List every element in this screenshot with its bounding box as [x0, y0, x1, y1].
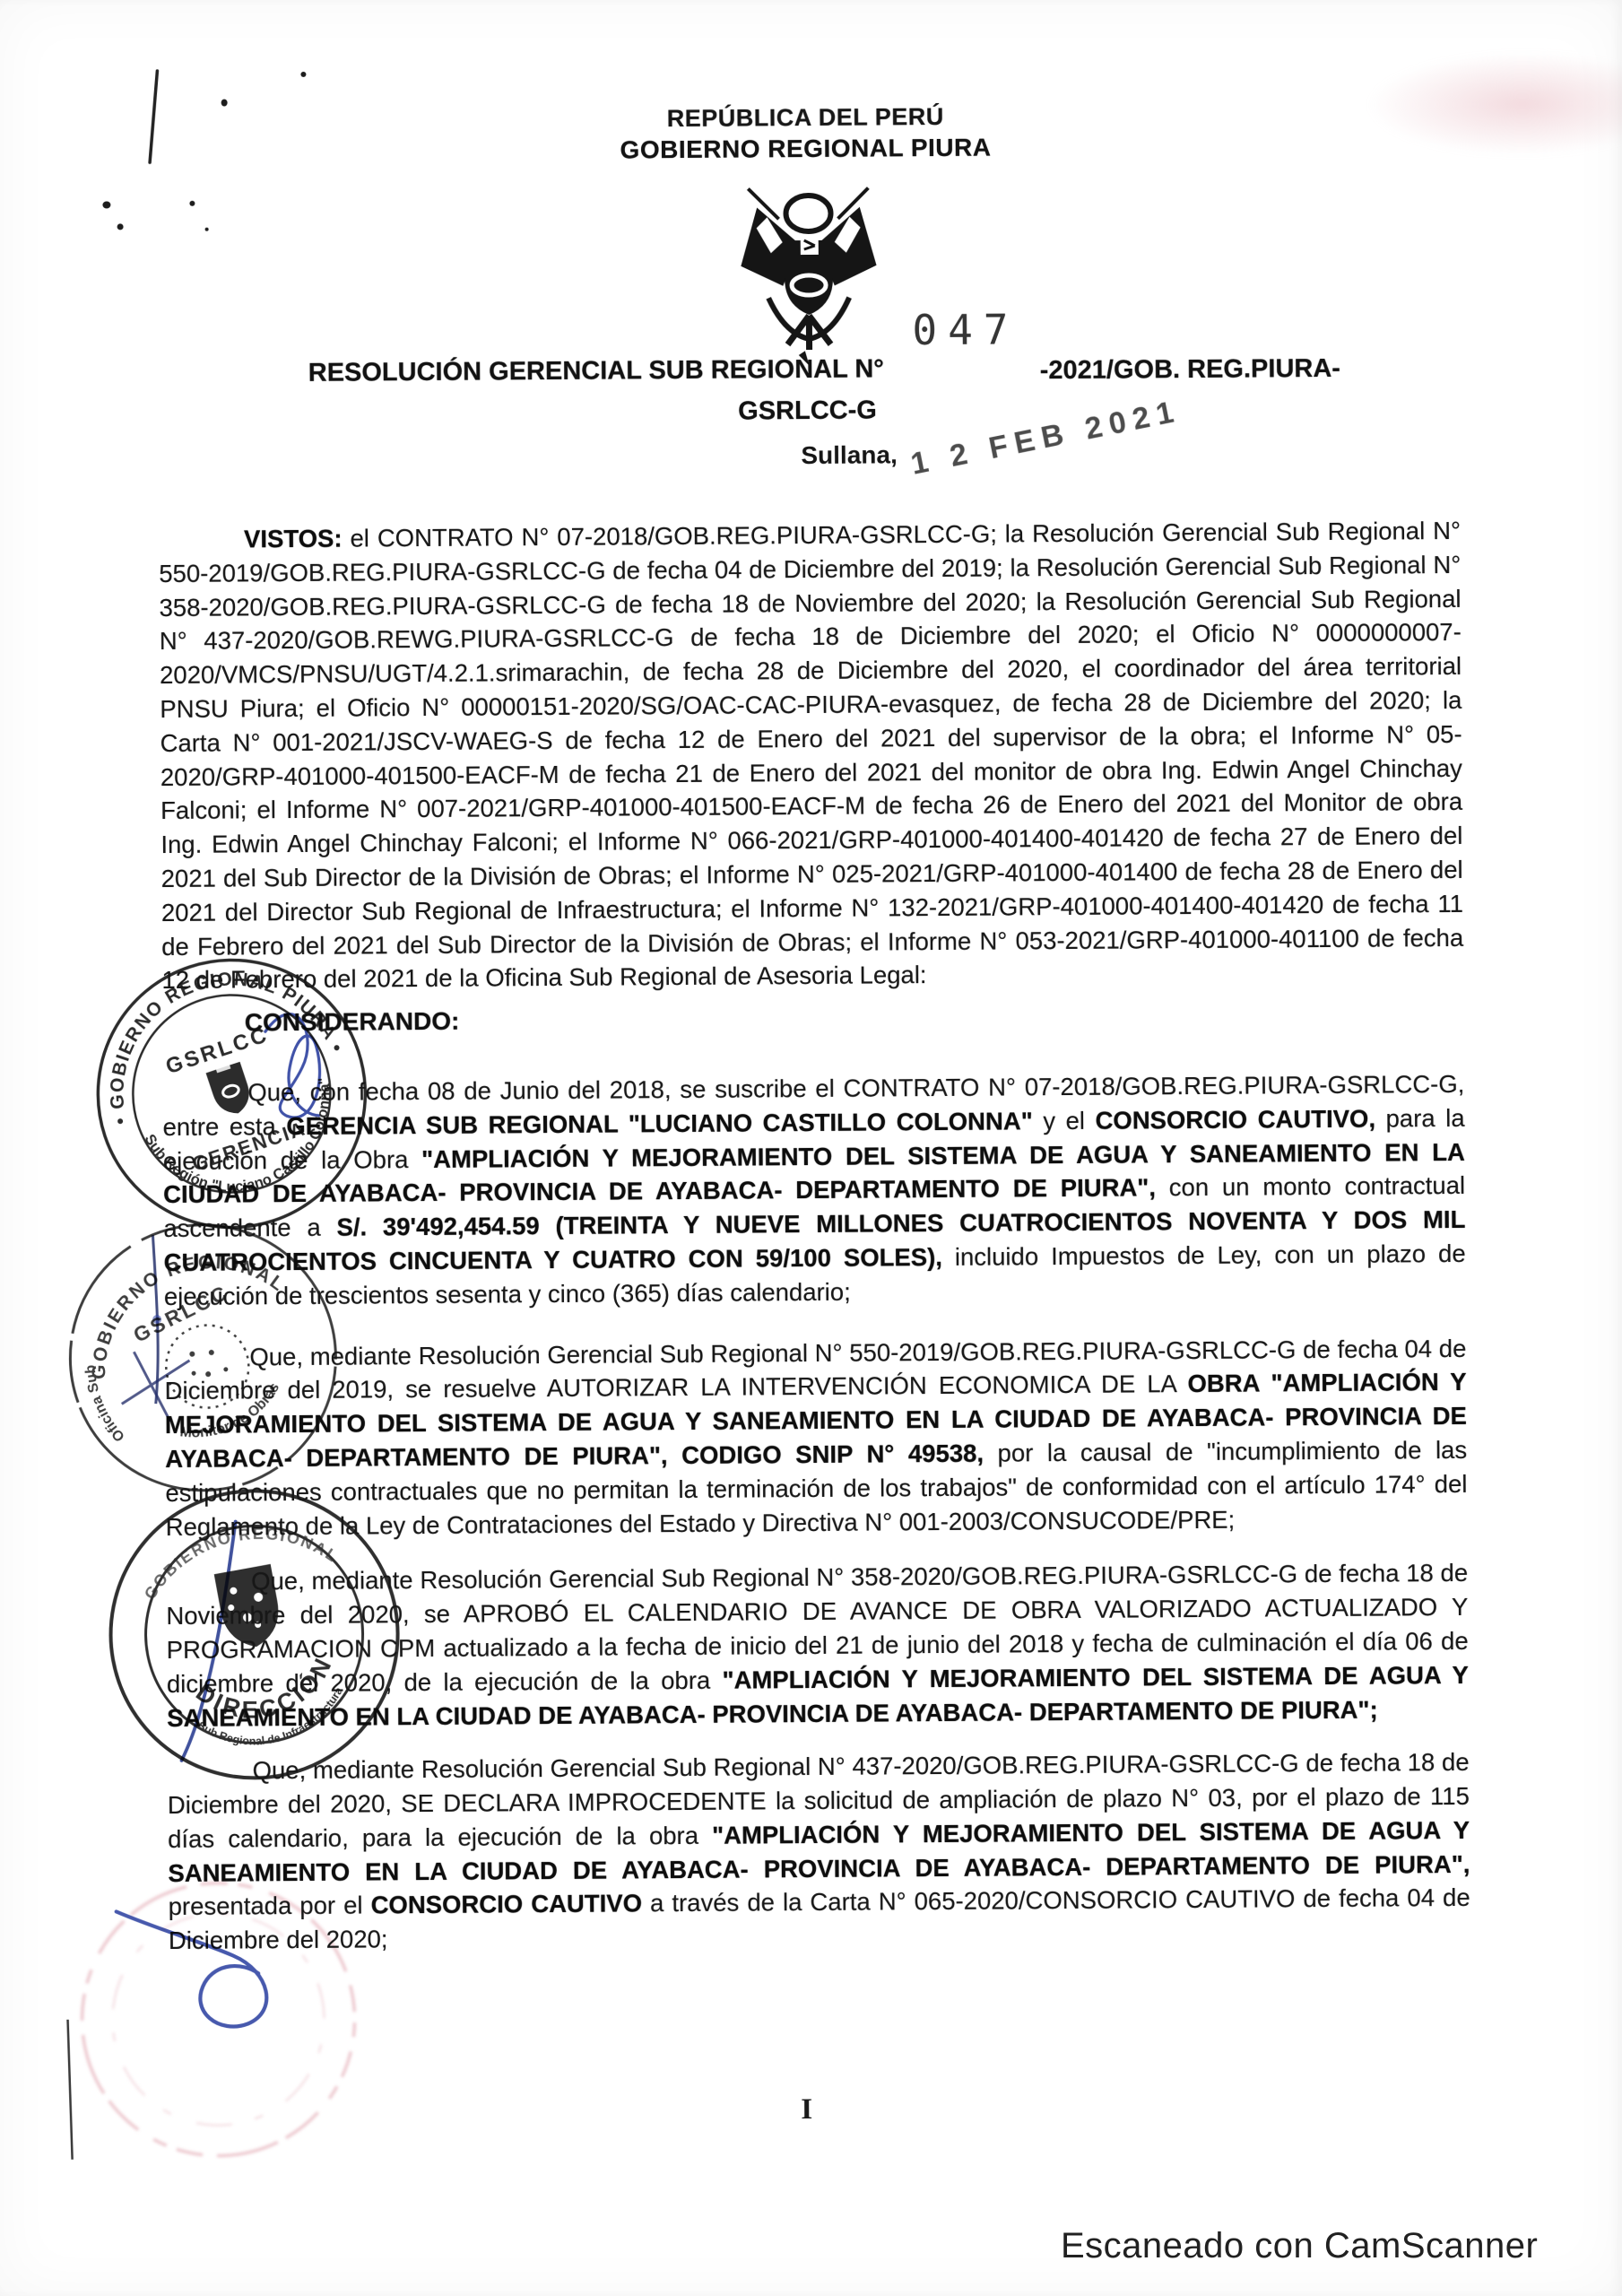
- vistos-paragraph: VISTOS: el CONTRATO N° 07-2018/GOB.REG.P…: [159, 514, 1464, 997]
- resolution-number-stamp: 047: [912, 305, 1019, 354]
- resolution-title-left: RESOLUCIÓN GERENCIAL SUB REGIONAL N°: [308, 354, 884, 387]
- scanned-content: REPÚBLICA DEL PERÚ GOBIERNO REGIONAL PIU…: [0, 0, 1622, 2296]
- paragraph-improcedente: Que, mediante Resolución Gerencial Sub R…: [167, 1745, 1470, 1958]
- peru-coat-of-arms-image: [732, 178, 886, 377]
- ink-dot: [221, 100, 228, 107]
- ink-dot: [102, 201, 110, 208]
- document-page: REPÚBLICA DEL PERÚ GOBIERNO REGIONAL PIU…: [0, 0, 1622, 2296]
- ink-dot: [117, 223, 124, 230]
- paragraph-intervencion: Que, mediante Resolución Gerencial Sub R…: [164, 1331, 1468, 1544]
- page-number: I: [801, 2093, 812, 2126]
- document-body: VISTOS: el CONTRATO N° 07-2018/GOB.REG.P…: [159, 514, 1470, 1958]
- ink-dot: [300, 72, 306, 77]
- resolution-title-line2: GSRLCC-G: [0, 391, 1618, 432]
- resolution-title-right: -2021/GOB. REG.PIURA-: [1040, 354, 1340, 386]
- camscanner-footer: Escaneado con CamScanner: [1061, 2226, 1538, 2266]
- pink-smudge: [1367, 51, 1622, 156]
- paragraph-contrato: Que, con fecha 08 de Junio del 2018, se …: [162, 1067, 1466, 1314]
- ink-dot: [205, 228, 209, 231]
- place-label: Sullana,: [801, 440, 898, 470]
- paragraph-calendario: Que, mediante Resolución Gerencial Sub R…: [166, 1556, 1469, 1735]
- considerando-heading: CONSIDERANDO:: [245, 997, 1464, 1039]
- ink-dot: [189, 201, 195, 206]
